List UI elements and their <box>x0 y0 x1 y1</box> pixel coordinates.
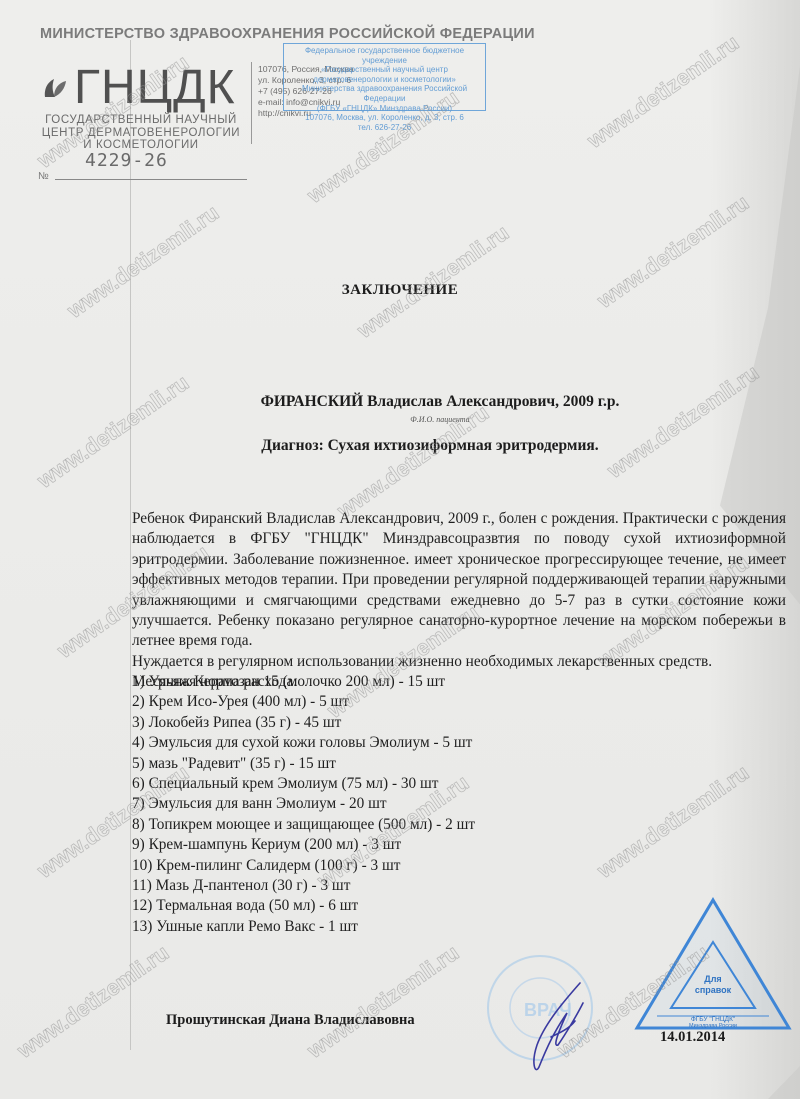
document-date: 14.01.2014 <box>660 1029 725 1046</box>
medication-item: 5) мазь "Радевит" (35 г) - 15 шт <box>132 754 475 774</box>
doctor-name: Прошутинская Диана Владиславовна <box>166 1012 415 1029</box>
ministry-header: МИНИСТЕРСТВО ЗДРАВООХРАНЕНИЯ РОССИЙСКОЙ … <box>40 26 535 42</box>
triangle-stamp-text: ФГБУ "ГНЦДК" <box>691 1016 736 1023</box>
stamp-line: Федеральное государственное бюджетное уч… <box>284 46 485 65</box>
medication-item: 8) Топикрем моющее и защищающее (500 мл)… <box>132 815 475 835</box>
org-name: ГОСУДАРСТВЕННЫЙ НАУЧНЫЙ ЦЕНТР ДЕРМАТОВЕН… <box>38 114 244 152</box>
stamp-line: Министерства здравоохранения Российской … <box>284 84 485 103</box>
org-logo: ГНЦДК <box>42 64 236 112</box>
triangle-stamp-text: Для <box>704 974 721 984</box>
medication-item: 9) Крем-шампунь Кериум (200 мл) - 3 шт <box>132 835 475 855</box>
body-paragraph: Ребенок Фиранский Владислав Александрови… <box>132 509 786 652</box>
triangle-stamp: Для справок ФГБУ "ГНЦДК" Минздрава Росси… <box>633 896 793 1036</box>
patient-caption: Ф.И.О. пациента <box>0 415 800 424</box>
stamp-line: тел. 626-27-26 <box>284 123 485 133</box>
medication-item: 10) Крем-пилинг Салидерм (100 г) - 3 шт <box>132 856 475 876</box>
logo-text: ГНЦДК <box>74 64 236 112</box>
medication-item: 11) Мазь Д-пантенол (30 г) - 3 шт <box>132 876 475 896</box>
medication-item: 7) Эмульсия для ванн Эмолиум - 20 шт <box>132 794 475 814</box>
document-title: ЗАКЛЮЧЕНИЕ <box>0 282 800 299</box>
stamp-line: 107076, Москва, ул. Короленко, д. 3, стр… <box>284 113 485 123</box>
patient-name: ФИРАНСКИЙ Владислав Александрович, 2009 … <box>0 393 800 411</box>
reg-number: 4229-26 <box>85 150 168 171</box>
medication-item: 1) Урьяж Кератозан 15 (молочко 200 мл) -… <box>132 672 475 692</box>
reg-number-line <box>55 179 247 180</box>
medication-item: 6) Специальный крем Эмолиум (75 мл) - 30… <box>132 774 475 794</box>
triangle-stamp-text: справок <box>695 985 732 995</box>
leaf-logo-icon <box>42 75 68 101</box>
medication-item: 2) Крем Исо-Урея (400 мл) - 5 шт <box>132 692 475 712</box>
medication-item: 12) Термальная вода (50 мл) - 6 шт <box>132 896 475 916</box>
medication-item: 3) Локобейз Рипеа (35 г) - 45 шт <box>132 713 475 733</box>
signature <box>525 975 605 1085</box>
org-name-line: ЦЕНТР ДЕРМАТОВЕНЕРОЛОГИИ <box>38 127 244 140</box>
org-name-line: ГОСУДАРСТВЕННЫЙ НАУЧНЫЙ <box>38 114 244 127</box>
medication-list: 1) Урьяж Кератозан 15 (молочко 200 мл) -… <box>132 672 475 937</box>
fold-line <box>130 40 131 1050</box>
header-divider <box>251 62 252 144</box>
stamp-line: дерматовенерологии и косметологии» <box>284 75 485 85</box>
stamp-line: «Государственный научный центр <box>284 65 485 75</box>
reg-number-label: № <box>38 171 49 182</box>
conclusion-body: Ребенок Фиранский Владислав Александрови… <box>132 509 786 693</box>
medication-item: 13) Ушные капли Ремо Вакс - 1 шт <box>132 917 475 937</box>
medication-item: 4) Эмульсия для сухой кожи головы Эмолиу… <box>132 733 475 753</box>
institution-stamp: Федеральное государственное бюджетное уч… <box>283 43 486 111</box>
stamp-line: (ФГБУ «ГНЦДК» Минздрава России) <box>284 104 485 114</box>
diagnosis: Диагноз: Сухая ихтиозиформная эритродерм… <box>0 437 800 455</box>
needs-statement: Нуждается в регулярном использовании жиз… <box>132 652 786 672</box>
